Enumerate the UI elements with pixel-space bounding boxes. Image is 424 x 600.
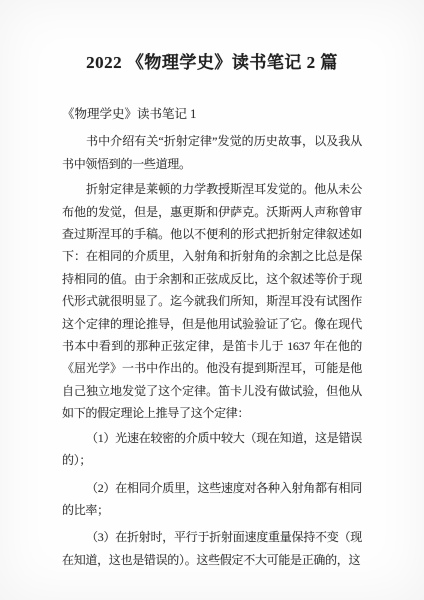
document-page: 2022 《物理学史》读书笔记 2 篇 《物理学史》读书笔记 1 书中介绍有关“… [0, 0, 424, 600]
paragraph-refraction-history: 折射定律是莱顿的力学教授斯涅耳发觉的。他从未公布他的发觉，但是，惠更斯和伊萨克。… [62, 178, 362, 424]
list-item-assumption-3: （3）在折射时，平行于折射面速度重量保持不变（现在知道，这也是错误的）。这些假定… [62, 526, 362, 571]
section-heading: 《物理学史》读书笔记 1 [62, 103, 362, 125]
list-item-assumption-1: （1）光速在较密的介质中较大（现在知道，这是错误的）； [62, 427, 362, 472]
document-title: 2022 《物理学史》读书笔记 2 篇 [62, 49, 362, 77]
list-item-assumption-2: （2）在相同介质里，这些速度对各种入射角都有相同的比率； [62, 477, 362, 522]
paragraph-intro: 书中介绍有关“折射定律”发觉的历史故事，以及我从书中领悟到的一些道理。 [62, 130, 362, 175]
